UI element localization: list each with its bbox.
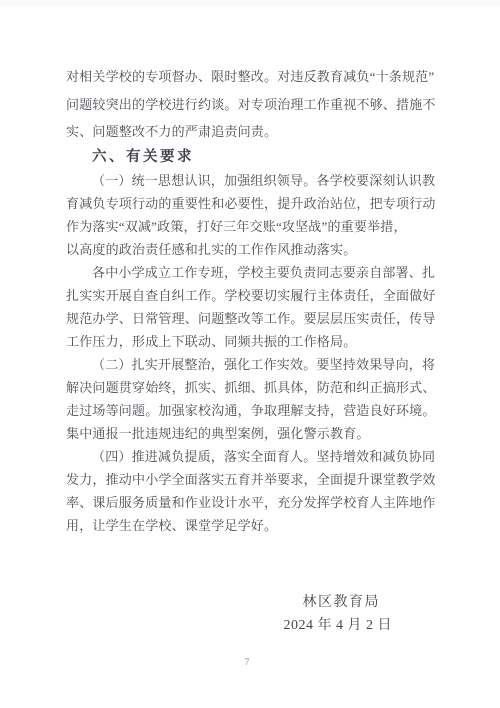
scan-edge-shading (0, 0, 500, 6)
body-line: 解决问题贯穿始终，抓实、抓细、抓具体，防范和纠正搞形式、 (66, 376, 438, 399)
paragraph-item-1: （一）统一思想认识，加强组织领导。各学校要深刻认识教 育减负专项行动的重要性和必… (66, 169, 438, 261)
body-line: 用，让学生在学校、课堂学足学好。 (66, 514, 438, 537)
body-line: 作为落实“双减”政策，打好三年交账“攻坚战”的重要举措， (66, 215, 438, 238)
body-line: 扎实实开展自查自纠工作。学校要切实履行主体责任，全面做好 (66, 284, 438, 307)
body-line: 发力，推动中小学全面落实五育并举要求，全面提升课堂教学效 (66, 468, 438, 491)
body-line: 工作压力，形成上下联动、同频共振的工作格局。 (66, 330, 438, 353)
document-page: 对相关学校的专项督办、限时整改。对违反教育减负“十条规范” 问题较突出的学校进行… (0, 0, 500, 708)
body-line: （四）推进减负提质，落实全面育人。坚持增效和减负协同 (66, 445, 438, 468)
signature-date: 2024 年 4 月 2 日 (66, 614, 438, 637)
paragraph-workgroup: 各中小学成立工作专班，学校主要负责同志要亲自部署、扎 扎实实开展自查自纠工作。学… (66, 261, 438, 353)
body-line: 育减负专项行动的重要性和必要性，提升政治站位，把专项行动 (66, 192, 438, 215)
body-line: 实、问题整改不力的严肃追责问责。 (66, 118, 438, 146)
body-line: 集中通报一批违规违纪的典型案例，强化警示教育。 (66, 422, 438, 445)
paragraph-item-2: （二）扎实开展整治，强化工作实效。要坚持效果导向，将 解决问题贯穿始终，抓实、抓… (66, 353, 438, 445)
body-line: 对相关学校的专项督办、限时整改。对违反教育减负“十条规范” (66, 63, 438, 91)
body-line: 以高度的政治责任感和扎实的工作作风推动落实。 (66, 238, 438, 261)
body-line: 规范办学、日常管理、问题整改等工作。要层层压实责任，传导 (66, 307, 438, 330)
body-line: 问题较突出的学校进行约谈。对专项治理工作重视不够、措施不 (66, 91, 438, 119)
body-line: （二）扎实开展整治，强化工作实效。要坚持效果导向，将 (66, 353, 438, 376)
section-heading: 六、有关要求 (66, 146, 438, 169)
body-line: 率、课后服务质量和作业设计水平，充分发挥学校育人主阵地作 (66, 491, 438, 514)
paragraph-item-4: （四）推进减负提质，落实全面育人。坚持增效和减负协同 发力，推动中小学全面落实五… (66, 445, 438, 537)
body-line: （一）统一思想认识，加强组织领导。各学校要深刻认识教 (66, 169, 438, 192)
signature-issuer: 林区教育局 (66, 591, 438, 614)
document-body: 对相关学校的专项督办、限时整改。对违反教育减负“十条规范” 问题较突出的学校进行… (66, 63, 438, 637)
paragraph-continuation: 对相关学校的专项督办、限时整改。对违反教育减负“十条规范” 问题较突出的学校进行… (66, 63, 438, 146)
body-line: 走过场等问题。加强家校沟通，争取理解支持，营造良好环境。 (66, 399, 438, 422)
page-number: 7 (0, 658, 494, 668)
body-line: 各中小学成立工作专班，学校主要负责同志要亲自部署、扎 (66, 261, 438, 284)
